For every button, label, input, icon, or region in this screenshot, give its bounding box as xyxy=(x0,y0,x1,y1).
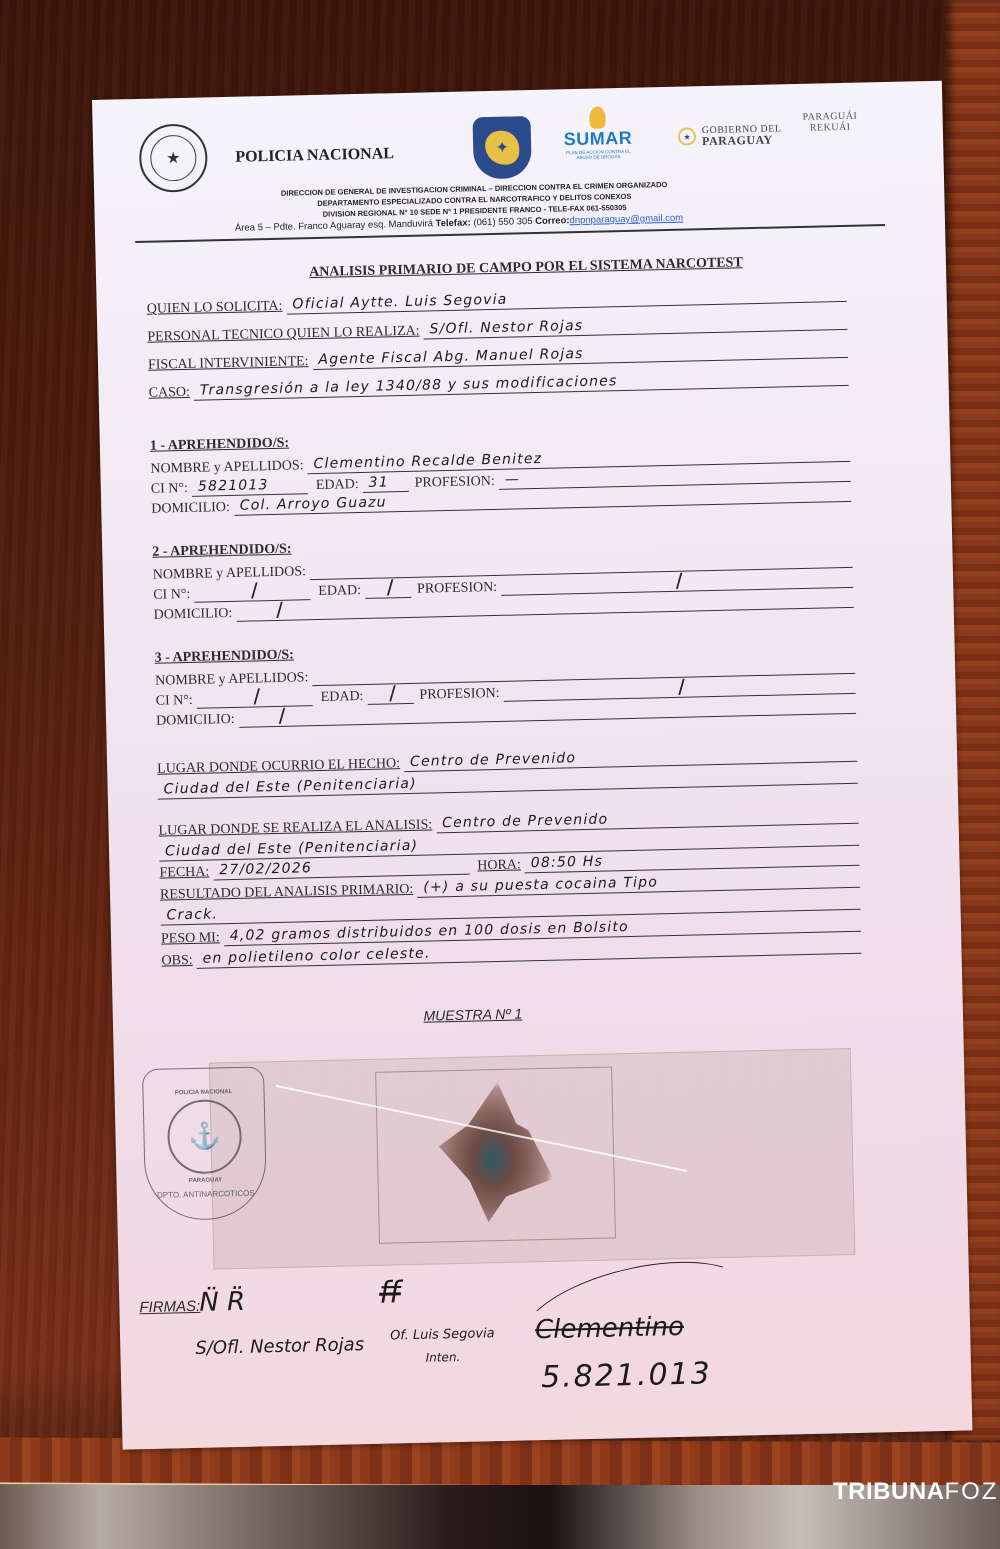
fiscal-field[interactable]: Agente Fiscal Abg. Manuel Rojas xyxy=(312,339,848,370)
tecnico-field[interactable]: S/Ofl. Nestor Rojas xyxy=(423,311,847,340)
gobierno-logo: ★ GOBIERNO DEL PARAGUAY xyxy=(678,124,782,146)
narcotest-form-document: ★ POLICIA NACIONAL ✦ SUMAR PLAN DE ACCIO… xyxy=(92,81,972,1450)
aprehendido-3-ci[interactable]: / xyxy=(197,687,313,709)
sample-frame xyxy=(375,1066,616,1243)
taped-sample-sheet xyxy=(209,1048,856,1270)
aprehendido-2-ci[interactable]: / xyxy=(194,581,310,603)
aprehendido-3-edad[interactable]: / xyxy=(367,685,413,705)
firmas-label: FIRMAS: xyxy=(139,1298,200,1316)
star-icon: ★ xyxy=(150,135,197,182)
email-link[interactable]: dnpnparaguay@gmail.com xyxy=(569,213,683,227)
sun-icon xyxy=(589,106,605,128)
muestra-heading: MUESTRA Nº 1 xyxy=(373,1004,573,1025)
signature-2-name: Of. Luis Segovia xyxy=(390,1326,495,1343)
tribuna-foz-watermark: TRIBUNAFOZ xyxy=(833,1478,999,1506)
institution-name: POLICIA NACIONAL xyxy=(235,145,394,167)
aprehendido-1-ci[interactable]: 5821013 xyxy=(192,475,308,497)
caso-field[interactable]: Transgresión a la ley 1340/88 y sus modi… xyxy=(194,367,849,401)
signature-3-ci: 5.821.013 xyxy=(541,1356,712,1395)
signature-1-name: S/Ofl. Nestor Rojas xyxy=(195,1334,364,1359)
antinarcoticos-stamp: POLICIA NACIONAL ⚓ PARAGUAY DPTO. ANTINA… xyxy=(142,1066,267,1221)
aprehendido-1-edad[interactable]: 31 xyxy=(362,473,408,493)
paraguai-rekuai-logo: PARAGUÁI REKUÁI xyxy=(802,111,857,134)
solicita-field[interactable]: Oficial Aytte. Luis Segovia xyxy=(286,283,847,315)
signature-2-role: Inten. xyxy=(425,1350,460,1365)
signature-2-mark: ff xyxy=(379,1275,401,1310)
republic-seal-icon: ★ xyxy=(139,123,209,193)
map-emblem-icon: ✦ xyxy=(485,130,520,165)
evidence-sample-image xyxy=(431,1081,554,1224)
row-caso: CASO: Transgresión a la ley 1340/88 y su… xyxy=(148,367,848,402)
sumar-logo: SUMAR PLAN DE ACCION CONTRA EL ABUSO DE … xyxy=(562,106,633,161)
form-title: ANALISIS PRIMARIO DE CAMPO POR EL SISTEM… xyxy=(236,254,816,283)
signature-1-mark: N̈ R̈ xyxy=(199,1287,245,1318)
police-shield-logo-icon: ✦ xyxy=(472,116,531,179)
gobierno-emblem-icon: ★ xyxy=(678,127,696,145)
signature-3-mark: Clementino xyxy=(535,1312,685,1345)
aprehendido-2-edad[interactable]: / xyxy=(365,579,411,599)
police-emblem-icon: ⚓ xyxy=(167,1098,243,1174)
